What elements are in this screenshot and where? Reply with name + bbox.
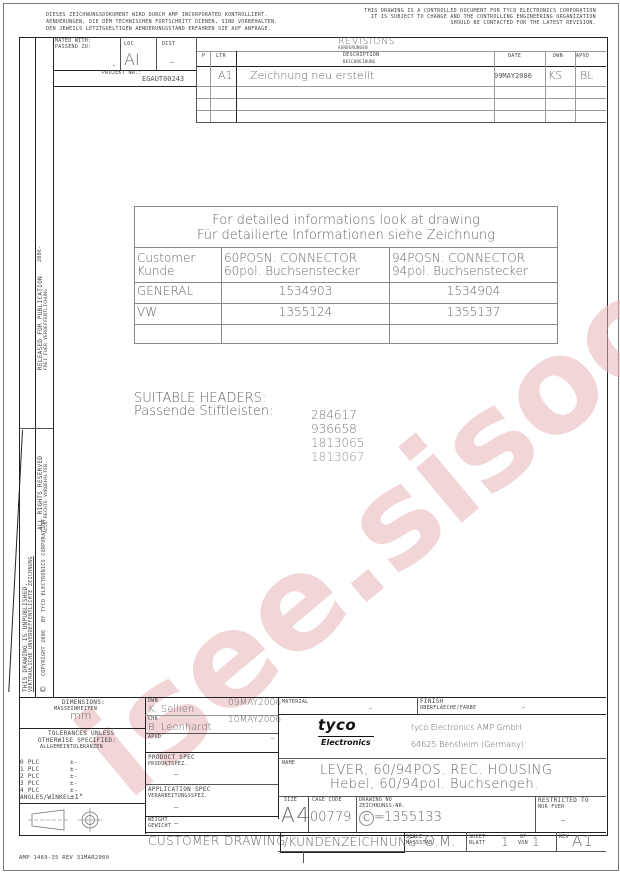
part-name-de: Hebel, 60/94pol. Buchsengeh. xyxy=(330,778,539,791)
side-strip-divider-1 xyxy=(35,37,36,697)
drawing-number: 1355133 xyxy=(384,811,442,824)
header-part-number: 1813067 xyxy=(311,451,364,463)
form-number: AMP 1469-35 REV 31MAR2000 xyxy=(19,856,109,862)
loc-value: AI xyxy=(124,52,140,68)
part-number-table: For detailed informations look at drawin… xyxy=(134,206,558,344)
projekt-number: EGAUT00243 xyxy=(142,76,184,83)
size-value: A4 xyxy=(281,805,311,825)
table-column-header-row: CustomerKunde 60POSN. CONNECTOR60pol. Bu… xyxy=(135,248,558,283)
table-row: GENERAL 1534903 1534904 xyxy=(135,283,558,304)
table-header-row: For detailed informations look at drawin… xyxy=(135,207,558,248)
drawing-no-c-icon: C xyxy=(359,811,374,826)
projection-symbol-icon xyxy=(28,808,108,832)
header-part-number: 284617 xyxy=(311,409,357,421)
header-part-number: 936658 xyxy=(311,423,357,435)
table-row: VW 1355124 1355137 xyxy=(135,304,558,325)
part-name-en: LEVER, 60/94POS. REC. HOUSING xyxy=(320,764,552,777)
copyright-symbol: © xyxy=(39,687,49,692)
side-strip-divider-2 xyxy=(53,37,54,697)
table-row xyxy=(135,325,558,344)
header-part-number: 1813065 xyxy=(311,437,364,449)
